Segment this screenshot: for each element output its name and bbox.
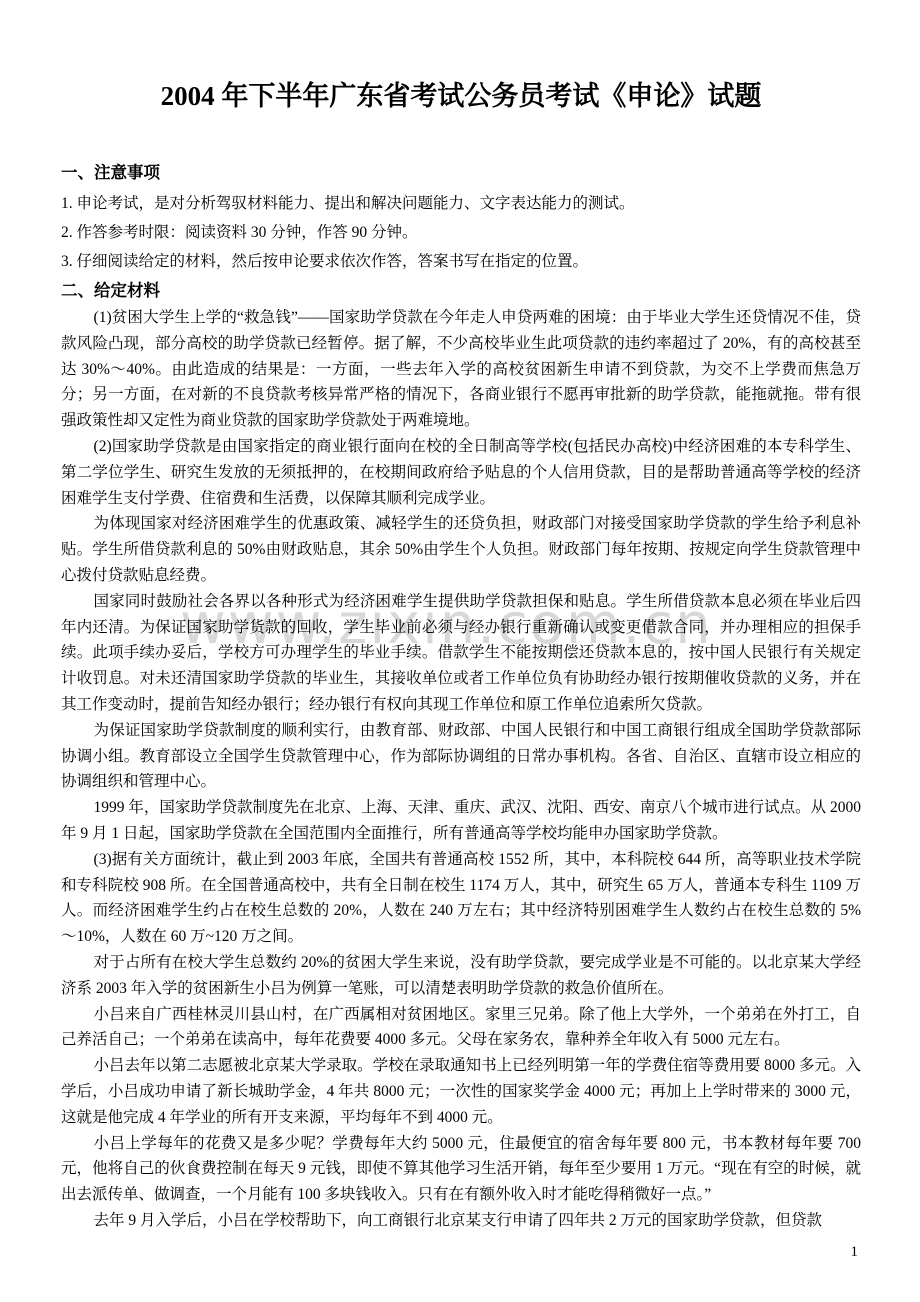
material-paragraph-2: (2)国家助学贷款是由国家指定的商业银行面向在校的全日制高等学校(包括民办高校)… xyxy=(61,434,861,511)
material-paragraph-11: 小吕上学每年的花费又是多少呢？学费每年大约 5000 元，住最便宜的宿舍每年要 … xyxy=(61,1131,861,1208)
material-paragraph-12: 去年 9 月入学后，小吕在学校帮助下，向工商银行北京某支行申请了四年共 2 万元… xyxy=(61,1208,861,1234)
notice-item-1: 1. 申论考试，是对分析驾驭材料能力、提出和解决问题能力、文字表达能力的测试。 xyxy=(61,190,861,217)
notice-list: 1. 申论考试，是对分析驾驭材料能力、提出和解决问题能力、文字表达能力的测试。 … xyxy=(61,190,861,275)
materials-body: (1)贫困大学生上学的“救急钱”——国家助学贷款在今年走人申贷两难的困境：由于毕… xyxy=(61,305,861,1234)
page-number: 1 xyxy=(851,1242,859,1262)
document-page: www.zixin.com.cn 2004 年下半年广东省考试公务员考试《申论》… xyxy=(0,0,920,1302)
material-paragraph-10: 小吕去年以第二志愿被北京某大学录取。学校在录取通知书上已经列明第一年的学费住宿等… xyxy=(61,1053,861,1130)
material-paragraph-9: 小吕来自广西桂林灵川县山村，在广西属相对贫困地区。家里三兄弟。除了他上大学外，一… xyxy=(61,1002,861,1054)
notice-item-3: 3. 仔细阅读给定的材料，然后按申论要求依次作答，答案书写在指定的位置。 xyxy=(61,248,861,275)
material-paragraph-8: 对于占所有在校大学生总数约 20%的贫困大学生来说，没有助学贷款，要完成学业是不… xyxy=(61,950,861,1002)
material-paragraph-7: (3)据有关方面统计，截止到 2003 年底，全国共有普通高校 1552 所，其… xyxy=(61,847,861,950)
section-heading-notice: 一、注意事项 xyxy=(61,161,861,185)
document-content: 2004 年下半年广东省考试公务员考试《申论》试题 一、注意事项 1. 申论考试… xyxy=(0,0,920,1234)
notice-item-2: 2. 作答参考时限：阅读资料 30 分钟，作答 90 分钟。 xyxy=(61,219,861,246)
page-title: 2004 年下半年广东省考试公务员考试《申论》试题 xyxy=(61,0,861,112)
material-paragraph-1: (1)贫困大学生上学的“救急钱”——国家助学贷款在今年走人申贷两难的困境：由于毕… xyxy=(61,305,861,434)
material-paragraph-6: 1999 年，国家助学贷款制度先在北京、上海、天津、重庆、武汉、沈阳、西安、南京… xyxy=(61,795,861,847)
material-paragraph-4: 国家同时鼓励社会各界以各种形式为经济困难学生提供助学贷款担保和贴息。学生所借贷款… xyxy=(61,589,861,718)
material-paragraph-5: 为保证国家助学贷款制度的顺利实行，由教育部、财政部、中国人民银行和中国工商银行组… xyxy=(61,718,861,795)
section-heading-materials: 二、给定材料 xyxy=(61,279,861,303)
material-paragraph-3: 为体现国家对经济困难学生的优惠政策、减轻学生的还贷负担，财政部门对接受国家助学贷… xyxy=(61,511,861,588)
